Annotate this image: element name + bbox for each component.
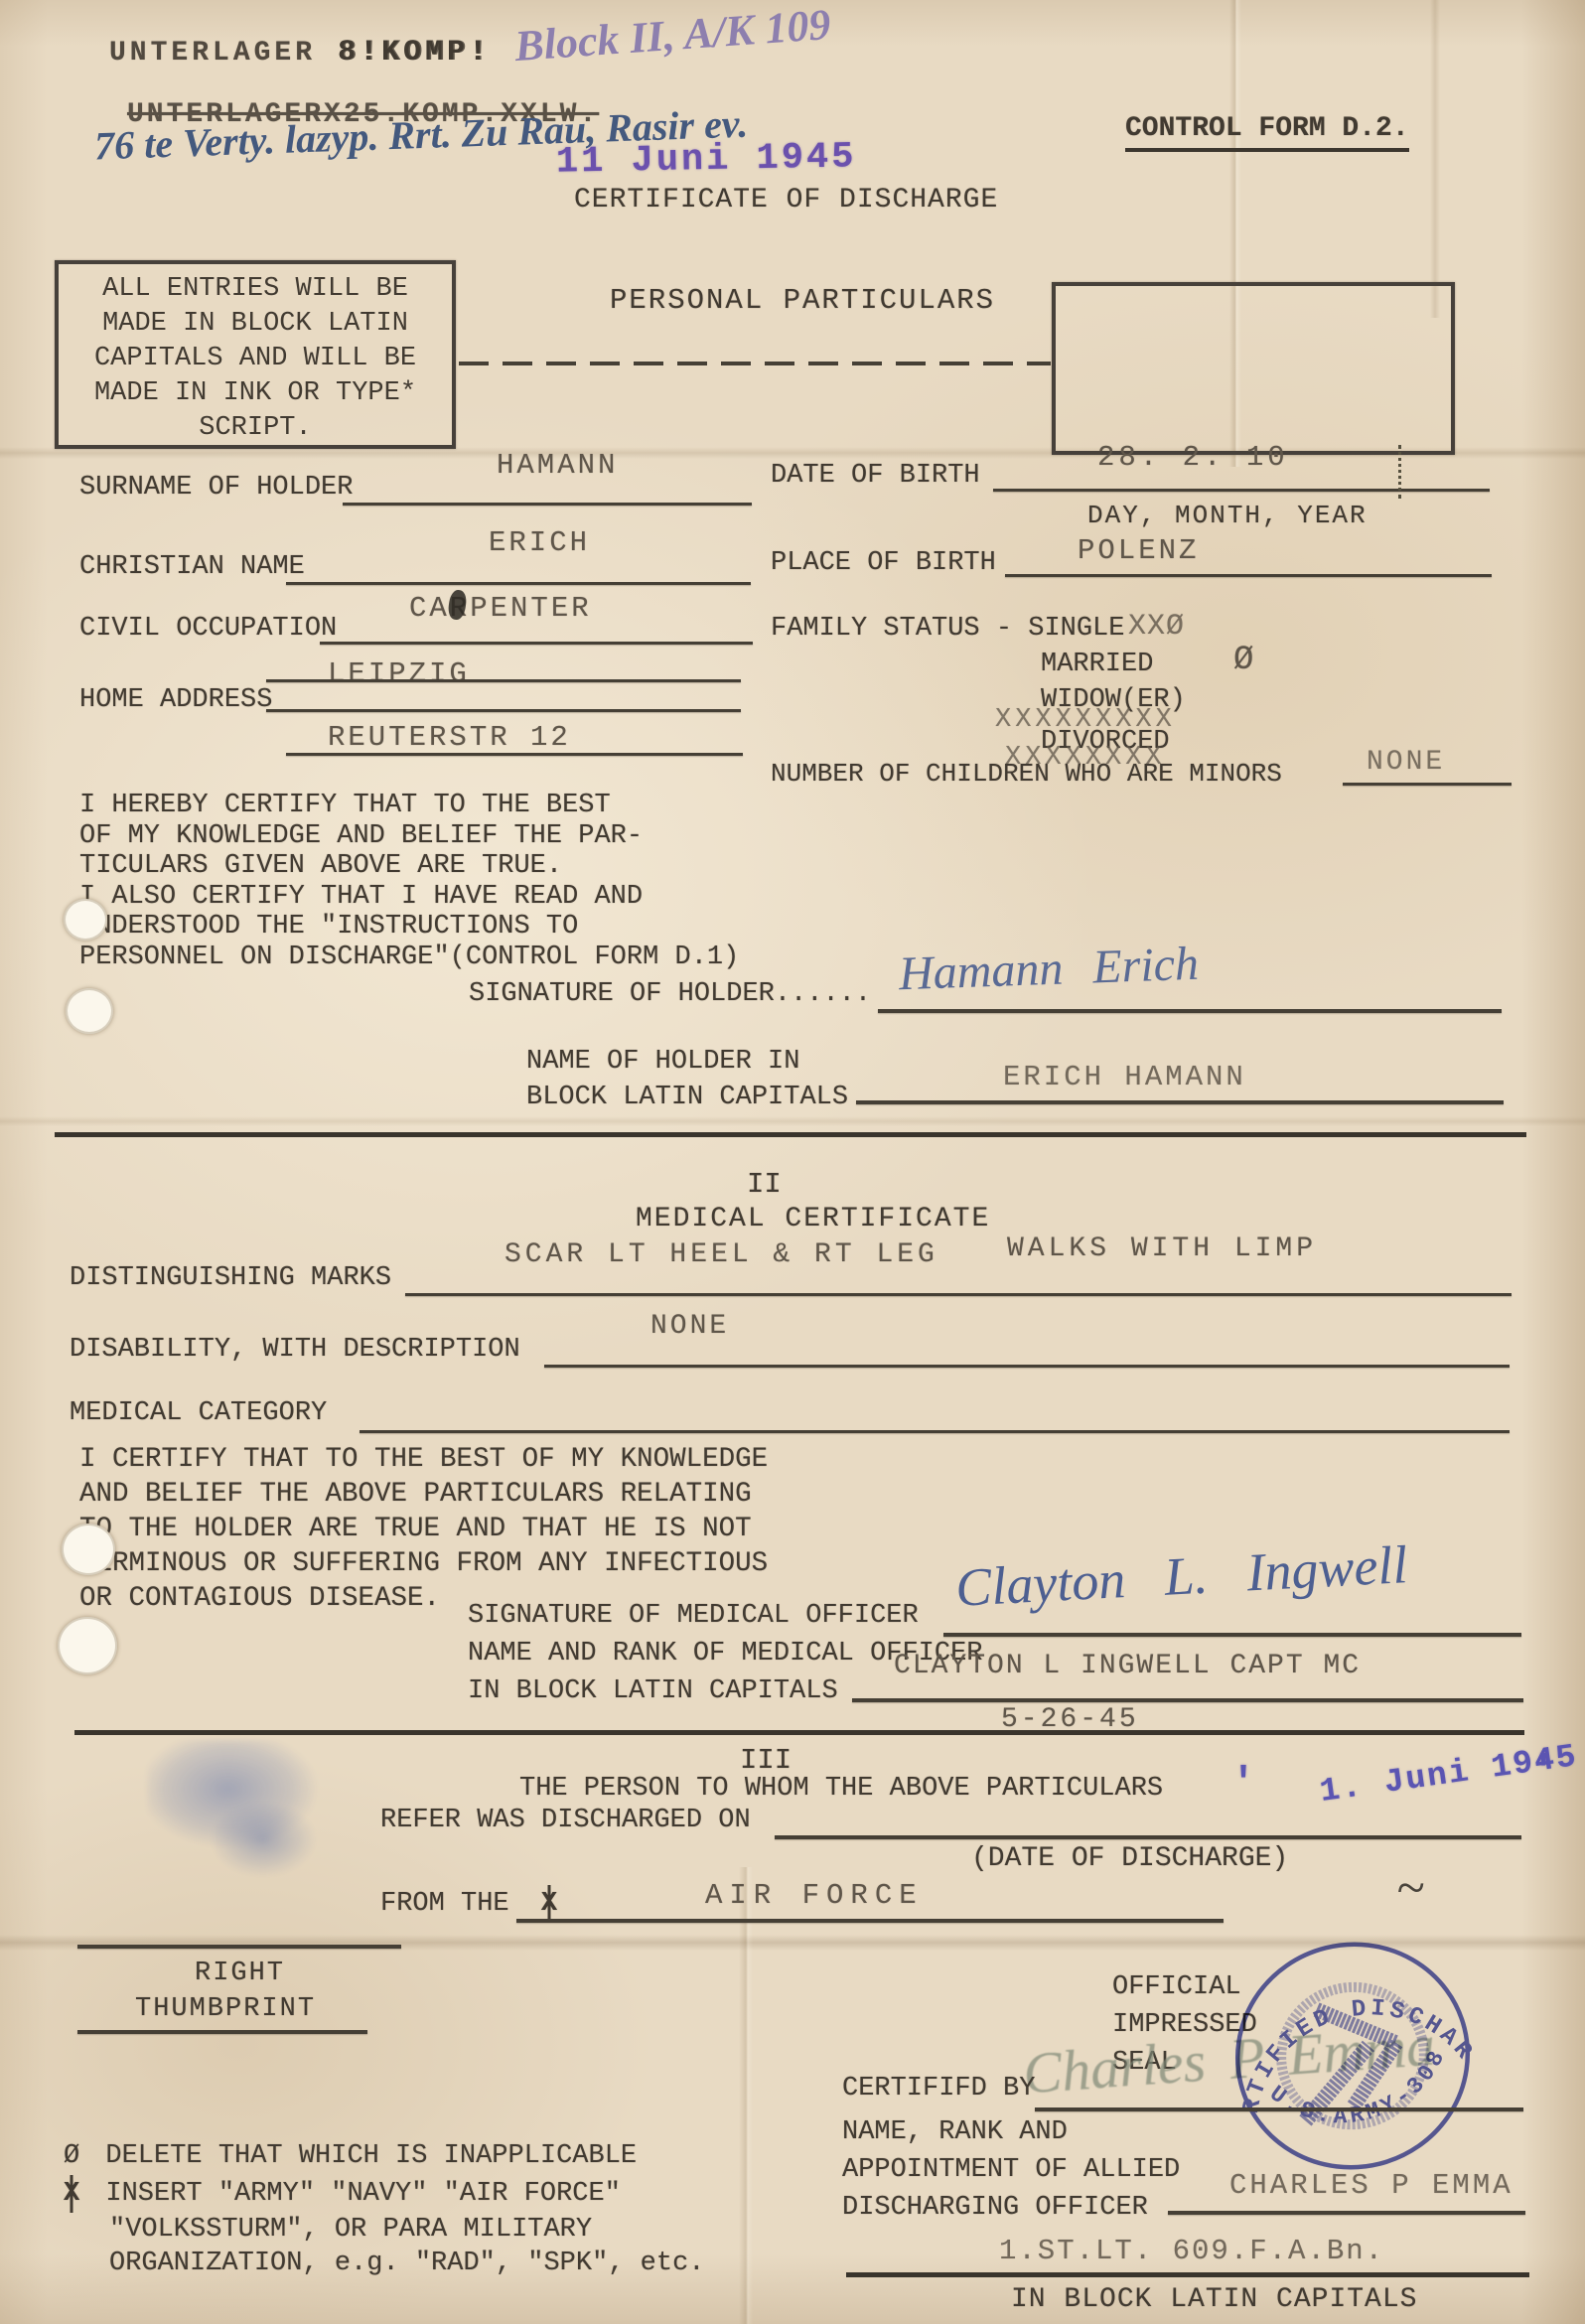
officer-unit-rule [846,2272,1529,2277]
discharge-line2: REFER WAS DISCHARGED ON [380,1806,751,1835]
certify-line: UNDERSTOOD THE "INSTRUCTIONS TO [79,912,739,943]
punch-hole [64,899,107,941]
surname-line [343,503,752,506]
family-status-label: FAMILY STATUS - SINGLE [771,614,1124,644]
certify-line: I ALSO CERTIFY THAT I HAVE READ AND [79,882,739,913]
pob-label: PLACE OF BIRTH [771,548,996,578]
section-divider-rule-1 [55,1132,1526,1137]
thumbprint-label2: THUMBPRINT [135,1994,316,2024]
dob-sublabel: DAY, MONTH, YEAR [1087,501,1368,530]
from-label-text: FROM THE [380,1889,509,1919]
medical-category-label: MEDICAL CATEGORY [70,1398,327,1428]
fold-tick-mark [1398,445,1401,499]
instruction-line: MADE IN BLOCK LATIN [59,307,452,342]
section-divider-rule-2 [74,1730,1524,1735]
medical-officer-signature-handwritten: Clayton L. Ingwell [954,1533,1409,1619]
civil-occupation-value: CARPENTER [409,592,592,625]
christian-name-value: ERICH [489,526,590,559]
surname-label: SURNAME OF HOLDER [79,473,353,503]
certify-line: I HEREBY CERTIFY THAT TO THE BEST [79,791,739,821]
marks-value2: WALKS WITH LIMP [1007,1234,1317,1264]
certify-line: PERSONNEL ON DISCHARGE"(CONTROL FORM D.1… [79,943,739,973]
discharge-line1: THE PERSON TO WHOM THE ABOVE PARTICULARS [519,1774,1163,1804]
thumbprint-label1: RIGHT [195,1959,285,1988]
dob-label: DATE OF BIRTH [771,461,980,491]
footnote-text: INSERT "ARMY" "NAVY" "AIR FORCE" [105,2179,620,2209]
thumbprint-rule-bottom [77,2030,367,2034]
instruction-line: ALL ENTRIES WILL BE [59,272,452,307]
children-line [1343,783,1512,786]
footnote-1: Ø DELETE THAT WHICH IS INAPPLICABLE [64,2141,637,2171]
home-address-value2: REUTERSTR 12 [328,721,571,754]
medical-officer-name-value: CLAYTON L INGWELL CAPT MC [894,1651,1361,1681]
medical-officer-signature-label: SIGNATURE OF MEDICAL OFFICER [468,1601,919,1631]
christian-name-label: CHRISTIAN NAME [79,552,305,582]
footnote-4: ORGANIZATION, e.g. "RAD", "SPK", etc. [109,2249,705,2278]
form-reference: CONTROL FORM D.2. [1125,113,1409,152]
crease-vertical-far-right [1430,0,1440,318]
insert-x-mark: X [64,2179,79,2209]
holder-name-line [856,1100,1504,1104]
delete-mark: Ø [64,2141,79,2171]
pob-line [1005,574,1492,577]
camp-note-handwritten: Block II, A/K 109 [513,0,832,72]
discharge-date-line [775,1835,1521,1839]
footnote-2: X INSERT "ARMY" "NAVY" "AIR FORCE" [64,2179,621,2209]
home-address-value1: LEIPZIG [328,657,470,690]
holder-name-label2: BLOCK LATIN CAPITALS [526,1083,848,1112]
punch-hole [62,1524,115,1575]
thumbprint-rule-top [77,1945,401,1949]
discharge-certificate-document: UNTERLAGER 8!KOMP! Block II, A/K 109 UNT… [0,0,1585,2324]
medical-officer-name-line [852,1698,1523,1702]
holder-name-label1: NAME OF HOLDER IN [526,1047,799,1077]
document-title: CERTIFICATE OF DISCHARGE [574,185,998,216]
stamp-tick-right: ' [1531,1750,1555,1795]
certify-line: I CERTIFY THAT TO THE BEST OF MY KNOWLED… [79,1442,768,1477]
officer-name-value: CHARLES P EMMA [1229,2169,1513,2202]
footnote-3: "VOLKSSTURM", OR PARA MILITARY [109,2215,592,2245]
family-single-mark: XXØ [1128,610,1185,644]
officer-name-label1: NAME, RANK AND [842,2117,1068,2147]
officer-name-label2: APPOINTMENT OF ALLIED [842,2155,1180,2185]
home-address-line1 [266,709,741,712]
instruction-line: SCRIPT. [59,411,452,446]
instruction-line: MADE IN INK OR TYPE* [59,376,452,411]
home-address-label: HOME ADDRESS [79,685,272,715]
stamp-tick-left: ' [1231,1762,1255,1807]
medical-certification-paragraph: I CERTIFY THAT TO THE BEST OF MY KNOWLED… [79,1442,768,1616]
discharge-date-sublabel: (DATE OF DISCHARGE) [971,1843,1288,1874]
instruction-text: ALL ENTRIES WILL BE MADE IN BLOCK LATIN … [59,264,452,446]
disability-label: DISABILITY, WITH DESCRIPTION [70,1335,520,1365]
holder-name-value: ERICH HAMANN [1003,1061,1246,1093]
certified-by-line [1035,2107,1523,2111]
officer-unit-value: 1.ST.LT. 609.F.A.Bn. [999,2235,1384,2267]
medical-category-line [360,1430,1510,1433]
marks-line [405,1293,1512,1296]
date-stamp-11-juni: 11 Juni 1945 [556,136,857,183]
officer-name-line [1168,2211,1525,2215]
discharged-from-line [516,1919,1224,1923]
discharged-from-value: AIR FORCE [705,1879,924,1912]
footnote-text: DELETE THAT WHICH IS INAPPLICABLE [105,2141,637,2171]
discharged-from-label: FROM THE X [380,1889,557,1919]
disability-line [544,1365,1510,1368]
disability-value: NONE [650,1311,729,1342]
holder-signature-handwritten: Hamann Erich [898,937,1200,1002]
pob-value: POLENZ [1078,534,1199,567]
instruction-line: CAPITALS AND WILL BE [59,342,452,376]
block-caps-label: IN BLOCK LATIN CAPITALS [1011,2284,1417,2315]
certify-line: VERMINOUS OR SUFFERING FROM ANY INFECTIO… [79,1546,768,1581]
certify-line: AND BELIEF THE ABOVE PARTICULARS RELATIN… [79,1477,768,1512]
dob-value: 28. 2. 10 [1097,441,1289,474]
family-married-label: MARRIED [1041,650,1153,679]
crease-horizontal-middle [0,1116,1585,1126]
punch-hole [66,988,113,1034]
christian-name-line [286,582,751,585]
camp-unit-line1-suffix: 8!KOMP! [338,36,491,70]
medical-officer-name-label2: IN BLOCK LATIN CAPITALS [468,1676,838,1706]
family-married-mark: Ø [1233,642,1253,679]
dob-line [993,489,1490,492]
certify-line: TO THE HOLDER ARE TRUE AND THAT HE IS NO… [79,1512,768,1546]
holder-certification-paragraph: I HEREBY CERTIFY THAT TO THE BEST OF MY … [79,791,739,972]
marks-value1: SCAR LT HEEL & RT LEG [504,1239,938,1270]
camp-unit-line1: UNTERLAGER [109,38,316,69]
medical-officer-signature-line [943,1633,1521,1637]
civil-occupation-label: CIVIL OCCUPATION [79,614,337,644]
section1-heading: PERSONAL PARTICULARS [610,284,995,317]
insert-x-mark: X [541,1889,557,1919]
officer-name-label3: DISCHARGING OFFICER [842,2193,1148,2223]
home-address-line2 [286,753,743,756]
children-label: NUMBER OF CHILDREN WHO ARE MINORS [771,759,1282,789]
children-value: NONE [1367,747,1445,778]
thumbprint-smudge-dense [199,1794,328,1885]
civil-occupation-line [320,642,753,645]
certify-line: TICULARS GIVEN ABOVE ARE TRUE. [79,851,739,882]
section2-number: II [747,1168,782,1201]
marks-label: DISTINGUISHING MARKS [70,1263,391,1293]
photo-box [1052,282,1455,455]
certify-line: OF MY KNOWLEDGE AND BELIEF THE PAR- [79,821,739,852]
connector-dashed-line [459,362,1051,365]
punch-hole [58,1617,117,1674]
surname-value: HAMANN [497,449,618,482]
section3-number: III [740,1744,792,1777]
holder-signature-label: SIGNATURE OF HOLDER...... [469,979,871,1009]
crease-vertical-bottom-center [739,1867,753,2324]
instruction-box: ALL ENTRIES WILL BE MADE IN BLOCK LATIN … [55,260,456,449]
certified-discharge-stamp: CERTIFIED DISCHARGE U.S.ARMY-308 [1195,1903,1510,2209]
section2-heading: MEDICAL CERTIFICATE [636,1204,990,1235]
certified-by-label: CERTIFIFD BY [842,2074,1035,2104]
home-address-strike-line [266,679,741,682]
holder-signature-line [878,1009,1502,1013]
